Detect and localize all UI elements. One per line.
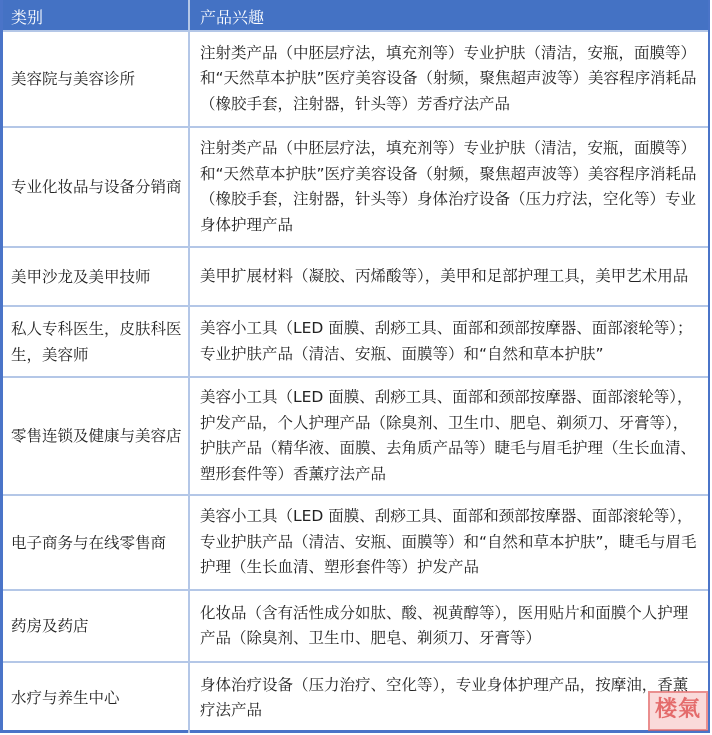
table-row: 美甲沙龙及美甲技师 美甲扩展材料（凝胶、丙烯酸等），美甲和足部护理工具，美甲艺术…: [3, 246, 708, 305]
header-category: 类别: [3, 0, 190, 30]
interest-cell: 美容小工具（LED 面膜、刮痧工具、面部和颈部按摩器、面部滚轮等），专业护肤产品…: [190, 496, 708, 589]
table-row: 零售连锁及健康与美容店 美容小工具（LED 面膜、刮痧工具、面部和颈部按摩器、面…: [3, 376, 708, 494]
interest-cell: 美容小工具（LED 面膜、刮痧工具、面部和颈部按摩器、面部滚轮等）；专业护肤产品…: [190, 307, 708, 376]
category-cell: 美容院与美容诊所: [3, 32, 190, 126]
watermark-stamp: 楼氣: [648, 691, 708, 731]
category-cell: 电子商务与在线零售商: [3, 496, 190, 589]
table-row: 电子商务与在线零售商 美容小工具（LED 面膜、刮痧工具、面部和颈部按摩器、面部…: [3, 494, 708, 589]
product-interest-table: 类别 产品兴趣 美容院与美容诊所 注射类产品（中胚层疗法，填充剂等）专业护肤（清…: [0, 0, 710, 733]
table-row: 药房及药店 化妆品（含有活性成分如肽、酸、视黄醇等），医用贴片和面膜个人护理产品…: [3, 589, 708, 661]
table-row: 水疗与养生中心 身体治疗设备（压力治疗、空化等），专业身体护理产品，按摩油，香薰…: [3, 661, 708, 733]
category-cell: 私人专科医生，皮肤科医生，美容师: [3, 307, 190, 376]
interest-cell: 化妆品（含有活性成分如肽、酸、视黄醇等），医用贴片和面膜个人护理产品（除臭剂、卫…: [190, 591, 708, 661]
category-cell: 美甲沙龙及美甲技师: [3, 248, 190, 305]
table-row: 美容院与美容诊所 注射类产品（中胚层疗法，填充剂等）专业护肤（清洁，安瓶，面膜等…: [3, 30, 708, 126]
interest-cell: 注射类产品（中胚层疗法，填充剂等）专业护肤（清洁，安瓶，面膜等）和“天然草本护肤…: [190, 32, 708, 126]
category-cell: 零售连锁及健康与美容店: [3, 378, 190, 494]
interest-cell: 美甲扩展材料（凝胶、丙烯酸等），美甲和足部护理工具，美甲艺术用品: [190, 248, 708, 305]
header-interest: 产品兴趣: [190, 0, 708, 30]
table-row: 专业化妆品与设备分销商 注射类产品（中胚层疗法，填充剂等）专业护肤（清洁，安瓶，…: [3, 126, 708, 246]
table-header: 类别 产品兴趣: [3, 0, 708, 30]
interest-cell: 注射类产品（中胚层疗法，填充剂等）专业护肤（清洁，安瓶，面膜等）和“天然草本护肤…: [190, 128, 708, 246]
category-cell: 水疗与养生中心: [3, 663, 190, 733]
category-cell: 专业化妆品与设备分销商: [3, 128, 190, 246]
interest-cell: 美容小工具（LED 面膜、刮痧工具、面部和颈部按摩器、面部滚轮等），护发产品，个…: [190, 378, 708, 494]
category-cell: 药房及药店: [3, 591, 190, 661]
interest-cell: 身体治疗设备（压力治疗、空化等），专业身体护理产品，按摩油，香薰疗法产品: [190, 663, 708, 733]
table-row: 私人专科医生，皮肤科医生，美容师 美容小工具（LED 面膜、刮痧工具、面部和颈部…: [3, 305, 708, 376]
